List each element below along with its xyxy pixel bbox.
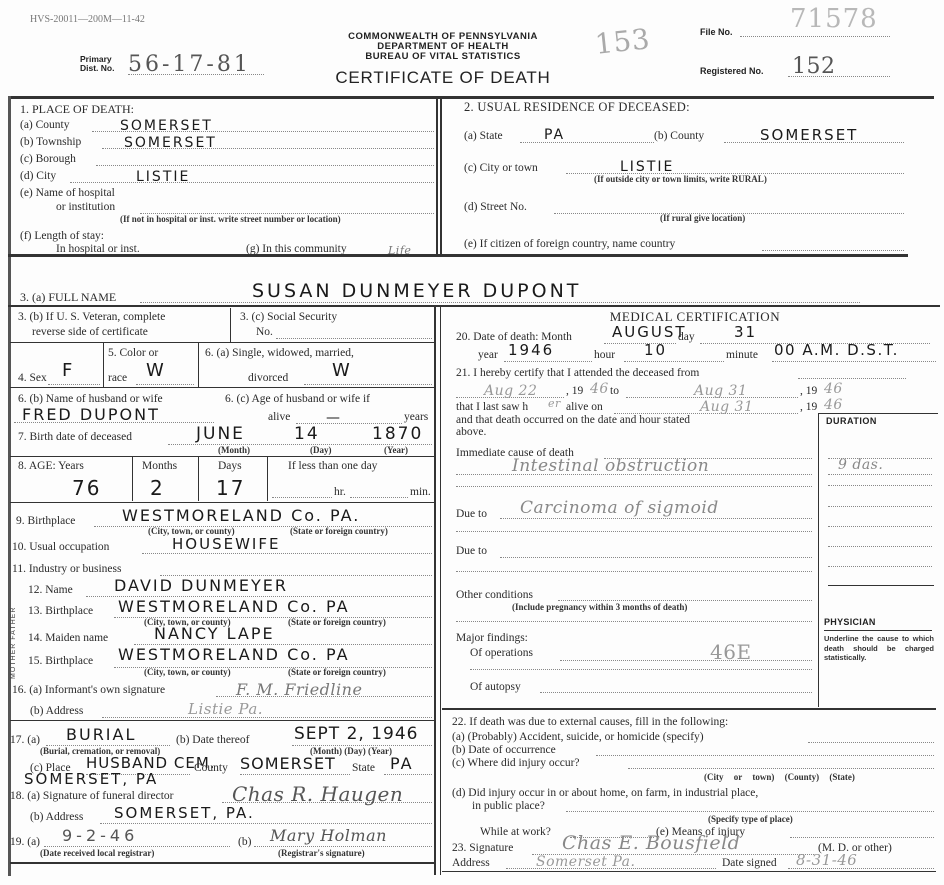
- occurrence-date-field[interactable]: [596, 743, 934, 756]
- divider: [10, 342, 434, 343]
- injury-location-label: (c) Where did injury occur?: [452, 757, 580, 769]
- header-divider: [8, 96, 934, 99]
- divider: [132, 457, 133, 501]
- birth-month-value: JUNE: [196, 424, 245, 444]
- dist-no-label: Dist. No.: [80, 64, 114, 73]
- date-signed-label: Date signed: [722, 857, 777, 869]
- sex-label: 4. Sex: [18, 372, 47, 384]
- divider: [198, 343, 199, 387]
- divider: [230, 308, 231, 342]
- age-months-label: Months: [142, 460, 177, 472]
- left-border: [8, 96, 11, 876]
- mother-name-field[interactable]: NANCY LAPE: [134, 624, 432, 645]
- burial-county-value: SOMERSET: [240, 754, 336, 773]
- industry-label: 11. Industry or business: [12, 563, 121, 575]
- file-no-label: File No.: [700, 27, 733, 37]
- duration-line: [828, 505, 932, 507]
- divider: [267, 457, 268, 501]
- registered-no-field[interactable]: 152: [788, 54, 890, 77]
- cause-line: [456, 620, 812, 622]
- burial-state-value: PA: [390, 754, 414, 773]
- public-place-label: in public place?: [472, 800, 545, 812]
- last-saw-date-value: Aug 31: [700, 399, 753, 415]
- marital-field[interactable]: W: [304, 360, 432, 385]
- physician-address-label: Address: [452, 857, 490, 869]
- registrar-signature-label: (b): [238, 836, 251, 848]
- pod-stay-label: (f) Length of stay:: [20, 230, 104, 242]
- attended-to-year[interactable]: 46: [824, 381, 843, 397]
- color-label: 5. Color or: [108, 347, 158, 359]
- birth-year-value: 1870: [372, 424, 423, 444]
- last-saw-year[interactable]: 46: [824, 397, 843, 413]
- divider: [10, 862, 434, 864]
- divider: [442, 708, 936, 710]
- attended-from-field[interactable]: Aug 22: [456, 382, 564, 398]
- registered-no-value: 152: [792, 54, 836, 79]
- informant-address-label: (b) Address: [30, 705, 83, 717]
- day-caption: (Day): [310, 445, 332, 455]
- birthplace-label: 9. Birthplace: [16, 515, 75, 527]
- last-saw-date-field[interactable]: Aug 31: [614, 398, 798, 414]
- pod-borough-label: (c) Borough: [20, 153, 76, 165]
- file-no-value: 71578: [790, 4, 878, 34]
- divider: [828, 585, 934, 586]
- death-month-value: AUGUST: [612, 323, 687, 341]
- res-state-value: PA: [544, 127, 565, 143]
- spouse-age-label: 6. (c) Age of husband or wife if: [225, 393, 370, 405]
- margin-note: 153: [593, 22, 651, 61]
- accident-field[interactable]: [808, 730, 934, 743]
- mother-birthplace-field[interactable]: WESTMORELAND Co. PA: [114, 645, 432, 668]
- due-to-2-label: Due to: [456, 545, 487, 557]
- attended-to-value: Aug 31: [694, 383, 747, 399]
- registrar-signature-caption: (Registrar's signature): [278, 848, 365, 858]
- disposition-label: 17. (a): [10, 734, 40, 746]
- divider: [10, 456, 434, 457]
- column-divider: [440, 305, 441, 875]
- physician-signature-value: Chas E. Bousfield: [562, 832, 740, 854]
- pod-county-field[interactable]: SOMERSET: [92, 117, 434, 132]
- birth-date-field[interactable]: JUNE 14 1870: [168, 424, 432, 445]
- pod-county-label: (a) County: [20, 119, 70, 131]
- pod-township-label: (b) Township: [20, 136, 81, 148]
- registrar-date-value: 9-2-46: [62, 826, 138, 845]
- column-divider: [434, 305, 436, 875]
- min-label: min.: [410, 486, 431, 498]
- full-name-label: 3. (a) FULL NAME: [20, 290, 116, 305]
- occupation-field[interactable]: HOUSEWIFE: [142, 535, 432, 554]
- divider: [10, 720, 434, 721]
- less-than-day-label: If less than one day: [288, 460, 377, 472]
- informant-signature-field[interactable]: F. M. Friedline: [216, 680, 432, 697]
- major-findings-label: Major findings:: [456, 632, 528, 644]
- date-signed-field[interactable]: 8-31-46: [788, 851, 934, 869]
- injury-location-caption: (City or town) (County) (State): [704, 772, 855, 782]
- father-name-value: DAVID DUNMEYER: [114, 576, 288, 595]
- burial-place-extra: SOMERSET, PA: [24, 770, 158, 788]
- divider: [824, 630, 932, 631]
- file-no-field[interactable]: 71578: [740, 10, 890, 37]
- mother-name-value: NANCY LAPE: [154, 624, 275, 643]
- immediate-cause-value: Intestinal obstruction: [512, 456, 709, 476]
- res-state-field[interactable]: PA: [520, 126, 654, 143]
- divider: [8, 305, 940, 307]
- pod-hospital-label: (e) Name of hospital: [20, 187, 115, 199]
- minutes-field[interactable]: [350, 486, 408, 498]
- funeral-director-label: 18. (a) Signature of funeral director: [10, 790, 174, 802]
- death-minute-value: 00 A.M. D.S.T.: [774, 341, 899, 359]
- primary-dist-label: Primary Dist. No.: [80, 55, 114, 73]
- burial-county-field[interactable]: SOMERSET: [240, 754, 350, 775]
- immediate-cause-field[interactable]: Intestinal obstruction: [456, 456, 812, 475]
- cause-line: [456, 570, 812, 572]
- father-birthplace-field[interactable]: WESTMORELAND Co. PA: [114, 597, 432, 618]
- duration-heading: DURATION: [826, 416, 877, 426]
- age-days-value[interactable]: 17: [216, 476, 245, 500]
- death-hour-field[interactable]: 10: [624, 341, 724, 362]
- certificate-title: CERTIFICATE OF DEATH: [318, 68, 568, 88]
- res-city-label: (c) City or town: [464, 162, 538, 174]
- other-conditions-note: (Include pregnancy within 3 months of de…: [512, 602, 687, 612]
- res-city-note: (If outside city or town limits, write R…: [594, 174, 767, 184]
- spouse-name-field[interactable]: FRED DUPONT: [14, 405, 214, 423]
- spouse-age-field[interactable]: —: [296, 409, 402, 424]
- primary-dist-value: 56-17-81: [128, 52, 251, 77]
- injury-place-field[interactable]: [566, 799, 934, 812]
- death-minute-field[interactable]: 00 A.M. D.S.T.: [772, 341, 936, 362]
- pod-stay-hospital-field[interactable]: [176, 241, 246, 255]
- physician-signature-label: 23. Signature: [452, 842, 513, 854]
- external-causes-heading: 22. If death was due to external causes,…: [452, 716, 728, 728]
- pod-city-label: (d) City: [20, 170, 56, 182]
- spouse-name-value: FRED DUPONT: [22, 405, 160, 424]
- res-state-label: (a) State: [464, 130, 503, 142]
- physician-address-value: Somerset Pa.: [536, 854, 635, 870]
- death-day-value: 31: [734, 323, 757, 341]
- registrar-signature-value: Mary Holman: [270, 826, 387, 845]
- primary-dist-field[interactable]: 56-17-81: [128, 52, 264, 75]
- res-street-label: (d) Street No.: [464, 201, 527, 213]
- funeral-director-field[interactable]: Chas R. Haugen: [222, 782, 432, 803]
- veteran-note: reverse side of certificate: [32, 326, 148, 338]
- duration-line: [828, 525, 932, 527]
- physician-signature-field[interactable]: Chas E. Bousfield: [532, 832, 814, 855]
- res-street-note: (If rural give location): [660, 213, 745, 223]
- injury-place-caption: (Specify type of place): [708, 814, 793, 824]
- to-label: to: [610, 385, 619, 397]
- ssn-no-label: No.: [256, 326, 273, 338]
- cause-line: [456, 530, 812, 532]
- marital-value: W: [332, 360, 352, 381]
- pod-township-field[interactable]: SOMERSET: [102, 134, 434, 149]
- other-conditions-field[interactable]: [558, 588, 812, 601]
- race-field[interactable]: W: [136, 360, 194, 385]
- autopsy-label: Of autopsy: [470, 681, 521, 693]
- informant-signature-value: F. M. Friedline: [236, 680, 362, 699]
- divider: [8, 254, 908, 257]
- occurrence-date-label: (b) Date of occurrence: [452, 744, 556, 756]
- informant-address-field[interactable]: Listie Pa.: [102, 700, 432, 718]
- certify-line: [798, 365, 906, 379]
- spouse-label: 6. (b) Name of husband or wife: [18, 393, 163, 405]
- year-caption: (Year): [384, 445, 408, 455]
- father-name-field[interactable]: DAVID DUNMEYER: [86, 576, 432, 597]
- death-hour-value: 10: [644, 341, 667, 359]
- res-county-field[interactable]: SOMERSET: [724, 126, 904, 143]
- occupation-value: HOUSEWIFE: [172, 535, 280, 553]
- death-year-label: year: [478, 349, 498, 361]
- birth-date-label: 7. Birth date of deceased: [18, 431, 132, 443]
- mother-name-label: 14. Maiden name: [28, 632, 108, 644]
- pod-institution-label: or institution: [56, 201, 115, 213]
- divider: [103, 343, 104, 387]
- physician-address-field[interactable]: Somerset Pa.: [506, 853, 716, 869]
- from-year-prefix: , 19: [566, 385, 583, 397]
- operations-value: 46E: [710, 640, 752, 664]
- father-birthplace-value: WESTMORELAND Co. PA: [118, 597, 350, 616]
- date-signed-value: 8-31-46: [796, 851, 857, 869]
- age-years-value[interactable]: 76: [72, 476, 101, 500]
- res-city-value: LISTIE: [620, 159, 674, 175]
- pod-borough-field[interactable]: [96, 151, 434, 166]
- registered-no-label: Registered No.: [700, 66, 764, 76]
- res-foreign-field[interactable]: [762, 236, 904, 251]
- res-foreign-label: (e) If citizen of foreign country, name …: [464, 238, 675, 250]
- registrar-date-field[interactable]: 9-2-46: [44, 826, 230, 847]
- burial-county-label: County: [194, 762, 228, 774]
- due-to-1-value: Carcinoma of sigmoid: [520, 498, 719, 518]
- alive-label: alive: [268, 411, 290, 423]
- cause-line: [456, 485, 812, 487]
- divider: [440, 99, 442, 255]
- duration-line: [828, 565, 932, 567]
- injury-place-label: (d) Did injury occur in or about home, o…: [452, 787, 758, 799]
- physician-note: Underline the cause to which death shoul…: [824, 634, 934, 663]
- month-caption: (Month): [218, 445, 250, 455]
- full-name-value: SUSAN DUNMEYER DUPONT: [252, 280, 581, 302]
- accident-label: (a) (Probably) Accident, suicide, or hom…: [452, 731, 704, 743]
- director-address-field[interactable]: SOMERSET, PA.: [100, 804, 432, 824]
- mother-birthplace-value: WESTMORELAND Co. PA: [118, 645, 350, 664]
- state-caption: (State or foreign country): [288, 667, 386, 677]
- full-name-field[interactable]: SUSAN DUNMEYER DUPONT: [140, 280, 860, 303]
- death-year-field[interactable]: 1946: [504, 341, 592, 362]
- veteran-label: 3. (b) If U. S. Veteran, complete: [18, 311, 165, 323]
- hours-field[interactable]: [272, 486, 332, 498]
- hr-label: hr.: [334, 486, 346, 498]
- divider: [198, 457, 199, 501]
- pod-township-value: SOMERSET: [124, 135, 217, 151]
- informant-address-value: Listie Pa.: [188, 700, 263, 718]
- res-street-field[interactable]: [554, 199, 904, 214]
- occupation-label: 10. Usual occupation: [12, 541, 109, 553]
- burial-state-field[interactable]: PA: [384, 754, 432, 775]
- injury-location-field[interactable]: [628, 756, 934, 769]
- to-year-prefix: , 19: [800, 385, 817, 397]
- residence-heading: 2. USUAL RESIDENCE OF DECEASED:: [464, 100, 690, 115]
- burial-date-field[interactable]: SEPT 2, 1946: [292, 724, 432, 746]
- sex-field[interactable]: F: [48, 360, 100, 385]
- agency-line-3: BUREAU OF VITAL STATISTICS: [318, 52, 568, 62]
- immediate-duration-field[interactable]: 9 das.: [828, 456, 932, 475]
- place-caption: (City, town, or county): [144, 667, 231, 677]
- cause-line: [470, 668, 812, 670]
- due-to-1-label: Due to: [456, 508, 487, 520]
- due-to-2-field[interactable]: [500, 544, 812, 558]
- immediate-duration-value: 9 das.: [838, 457, 883, 473]
- divider: [436, 99, 438, 255]
- attended-to-field[interactable]: Aug 31: [626, 382, 798, 398]
- father-name-label: 12. Name: [28, 584, 73, 596]
- disposition-value: BURIAL: [66, 725, 136, 744]
- industry-field[interactable]: [160, 561, 432, 576]
- birthplace-value: WESTMORELAND Co. PA.: [122, 506, 360, 525]
- registrar-date-caption: (Date received local registrar): [40, 848, 154, 858]
- operations-label: Of operations: [470, 647, 533, 659]
- registrar-date-label: 19. (a): [10, 836, 40, 848]
- death-hour-label: hour: [594, 349, 615, 361]
- divorced-label: divorced: [248, 372, 288, 384]
- duration-line: [828, 545, 932, 547]
- res-county-label: (b) County: [654, 130, 704, 142]
- divider: [10, 502, 434, 503]
- pod-city-value: LISTIE: [136, 169, 190, 185]
- form-code: HVS-20011—200M—11-42: [30, 14, 145, 25]
- ssn-field[interactable]: [276, 324, 432, 339]
- marital-label: 6. (a) Single, widowed, married,: [205, 347, 354, 359]
- place-of-death-heading: 1. PLACE OF DEATH:: [20, 102, 134, 117]
- pod-community-field[interactable]: Life: [384, 241, 434, 255]
- attended-from-year[interactable]: 46: [590, 381, 609, 397]
- ssn-label: 3. (c) Social Security: [240, 311, 337, 323]
- physician-heading: PHYSICIAN: [824, 617, 876, 627]
- attended-from-value: Aug 22: [484, 383, 537, 399]
- divider: [442, 871, 936, 872]
- race-label: race: [108, 372, 127, 384]
- birthplace-field[interactable]: WESTMORELAND Co. PA.: [94, 506, 432, 527]
- last-saw-pronoun[interactable]: er: [548, 397, 561, 410]
- last-saw-year-prefix: , 19: [800, 401, 817, 413]
- funeral-director-value: Chas R. Haugen: [232, 782, 403, 806]
- director-address-label: (b) Address: [30, 811, 83, 823]
- director-address-value: SOMERSET, PA.: [114, 804, 255, 822]
- pod-hospital-note: (If not in hospital or inst. write stree…: [120, 214, 341, 224]
- pod-county-value: SOMERSET: [120, 118, 213, 134]
- operations-field[interactable]: 46E: [560, 640, 812, 661]
- alive-on-label: alive on: [566, 401, 603, 413]
- age-days-label: Days: [218, 460, 242, 472]
- informant-label: 16. (a) Informant's own signature: [12, 684, 165, 696]
- age-years-label: 8. AGE: Years: [18, 460, 84, 472]
- father-birthplace-label: 13. Birthplace: [28, 605, 93, 617]
- disposition-field[interactable]: BURIAL: [46, 725, 170, 746]
- death-year-value: 1946: [508, 341, 554, 359]
- pod-city-field[interactable]: LISTIE: [70, 168, 434, 183]
- death-minute-label: minute: [726, 349, 758, 361]
- divider: [818, 413, 938, 414]
- res-city-field[interactable]: LISTIE: [566, 158, 904, 174]
- agency-block: COMMONWEALTH OF PENNSYLVANIA DEPARTMENT …: [318, 32, 568, 62]
- above-label: above.: [456, 426, 486, 438]
- age-months-value[interactable]: 2: [150, 476, 165, 500]
- divider: [10, 387, 434, 388]
- years-label: years: [404, 411, 428, 423]
- other-conditions-label: Other conditions: [456, 589, 533, 601]
- pod-hospital-field[interactable]: [140, 199, 434, 214]
- race-value: W: [146, 360, 166, 381]
- stated-label: and that death occurred on the date and …: [456, 414, 690, 426]
- sex-value: F: [62, 360, 74, 381]
- certify-label: 21. I hereby certify that I attended the…: [456, 367, 699, 379]
- due-to-1-field[interactable]: Carcinoma of sigmoid: [500, 498, 812, 519]
- duration-column-border: [818, 413, 819, 707]
- burial-date-value: SEPT 2, 1946: [294, 724, 418, 744]
- burial-date-label: (b) Date thereof: [176, 734, 249, 746]
- duration-line: [828, 484, 932, 486]
- parents-side-label: MOTHER FATHER: [10, 584, 22, 679]
- burial-state-label: State: [352, 762, 375, 774]
- autopsy-field[interactable]: [540, 680, 812, 693]
- birth-day-value: 14: [294, 424, 320, 444]
- registrar-signature-field[interactable]: Mary Holman: [254, 826, 432, 847]
- mother-birthplace-label: 15. Birthplace: [28, 655, 93, 667]
- res-county-value: SOMERSET: [760, 126, 858, 144]
- last-saw-label: that I last saw h: [456, 401, 528, 413]
